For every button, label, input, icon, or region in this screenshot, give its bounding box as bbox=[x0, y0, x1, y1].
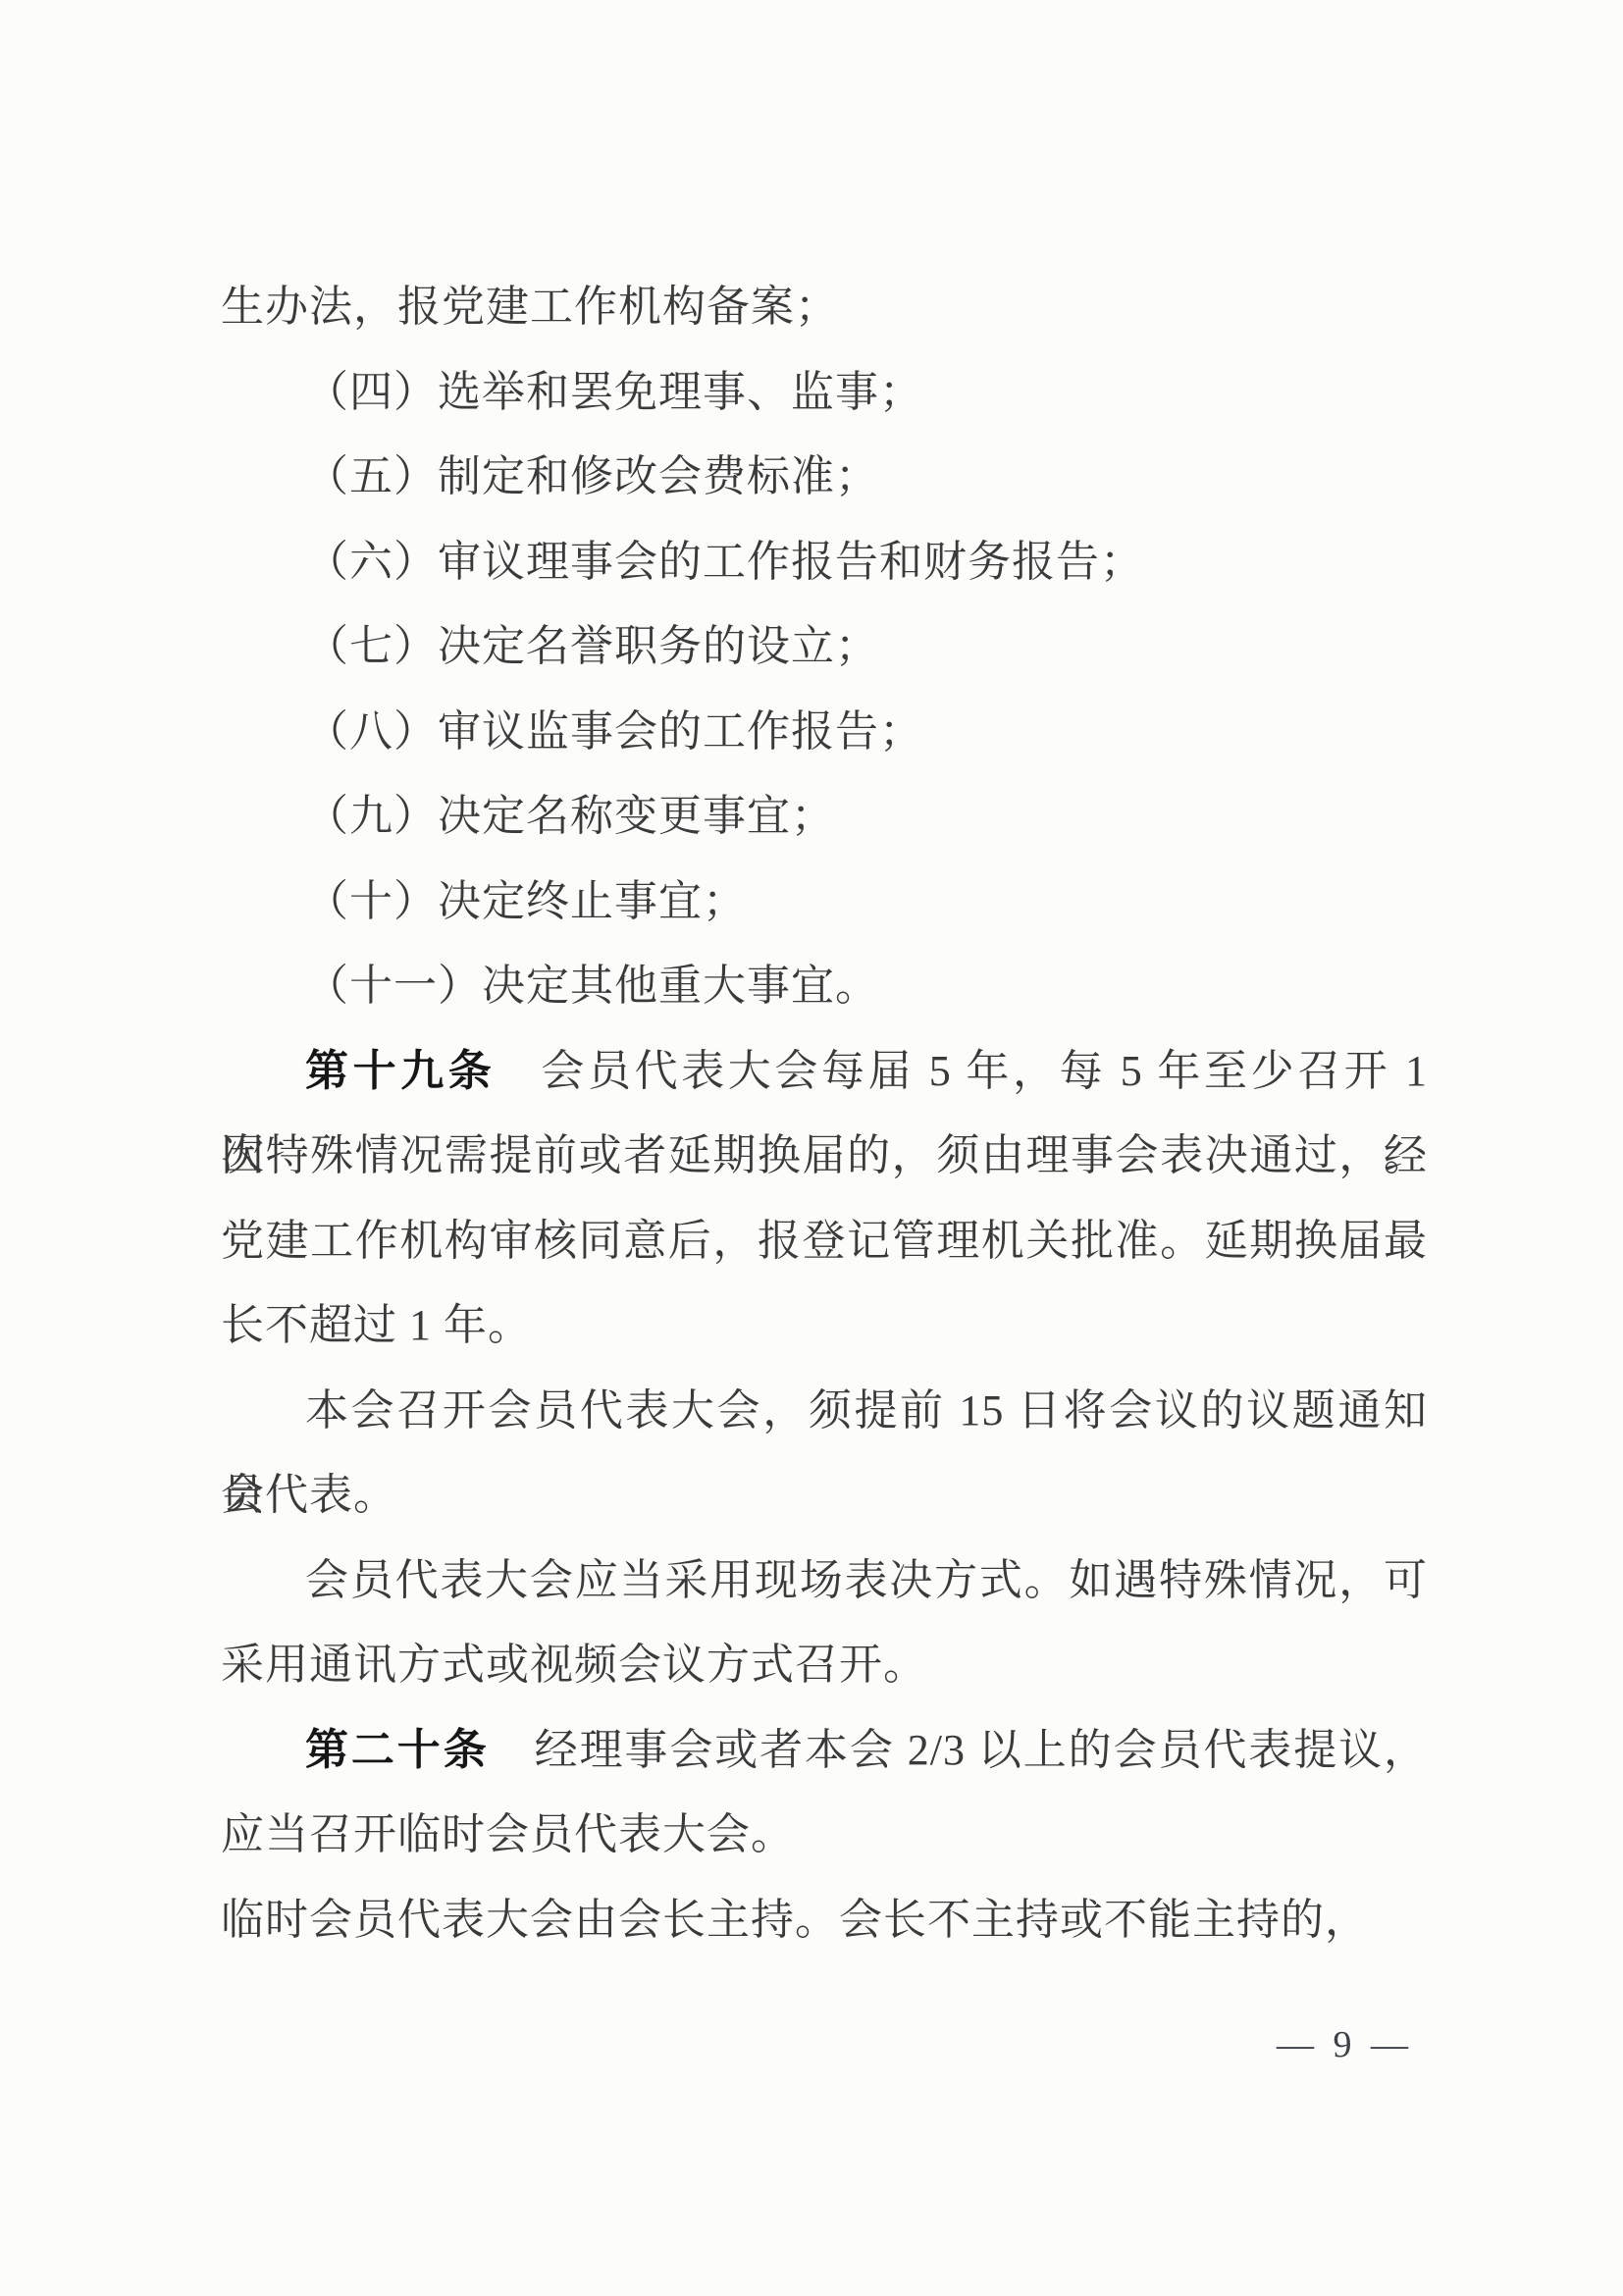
doc-line-13: 长不超过 1 年。 bbox=[221, 1283, 1428, 1369]
doc-line-17: 采用通讯方式或视频会议方式召开。 bbox=[221, 1623, 1428, 1708]
list-item-10: （十）决定终止事宜； bbox=[221, 860, 1428, 945]
doc-line-19: 应当召开临时会员代表大会。 bbox=[221, 1793, 1428, 1878]
page-number: — 9 — bbox=[1277, 2023, 1413, 2066]
scanned-document-page: 生办法，报党建工作机构备案； （四）选举和罢免理事、监事； （五）制定和修改会费… bbox=[0, 0, 1623, 2296]
article-19-label: 第十九条 bbox=[305, 1047, 496, 1095]
article-20-label: 第二十条 bbox=[305, 1726, 490, 1774]
doc-line-11: 因特殊情况需提前或者延期换届的，须由理事会表决通过，经 bbox=[221, 1114, 1428, 1199]
doc-line-20: 临时会员代表大会由会长主持。会长不主持或不能主持的， bbox=[221, 1878, 1428, 1963]
doc-line-14: 本会召开会员代表大会，须提前 15 日将会议的议题通知会 bbox=[221, 1369, 1428, 1454]
article-20-text: 经理事会或者本会 2/3 以上的会员代表提议， bbox=[535, 1726, 1428, 1774]
list-item-6: （六）审议理事会的工作报告和财务报告； bbox=[221, 520, 1428, 605]
article-20-first-line: 第二十条经理事会或者本会 2/3 以上的会员代表提议， bbox=[221, 1708, 1428, 1794]
list-item-7: （七）决定名誉职务的设立； bbox=[221, 604, 1428, 690]
list-item-11: （十一）决定其他重大事宜。 bbox=[221, 944, 1428, 1029]
document-body: 生办法，报党建工作机构备案； （四）选举和罢免理事、监事； （五）制定和修改会费… bbox=[221, 265, 1428, 1962]
list-item-4: （四）选举和罢免理事、监事； bbox=[221, 350, 1428, 436]
list-item-5: （五）制定和修改会费标准； bbox=[221, 435, 1428, 520]
article-19-first-line: 第十九条会员代表大会每届 5 年，每 5 年至少召开 1 次。 bbox=[221, 1029, 1428, 1115]
doc-line-12: 党建工作机构审核同意后，报登记管理机关批准。延期换届最 bbox=[221, 1199, 1428, 1284]
list-item-9: （九）决定名称变更事宜； bbox=[221, 774, 1428, 860]
doc-line-1: 生办法，报党建工作机构备案； bbox=[221, 265, 1428, 350]
doc-line-15: 员代表。 bbox=[221, 1453, 1428, 1539]
list-item-8: （八）审议监事会的工作报告； bbox=[221, 690, 1428, 775]
doc-line-16: 会员代表大会应当采用现场表决方式。如遇特殊情况，可 bbox=[221, 1539, 1428, 1624]
